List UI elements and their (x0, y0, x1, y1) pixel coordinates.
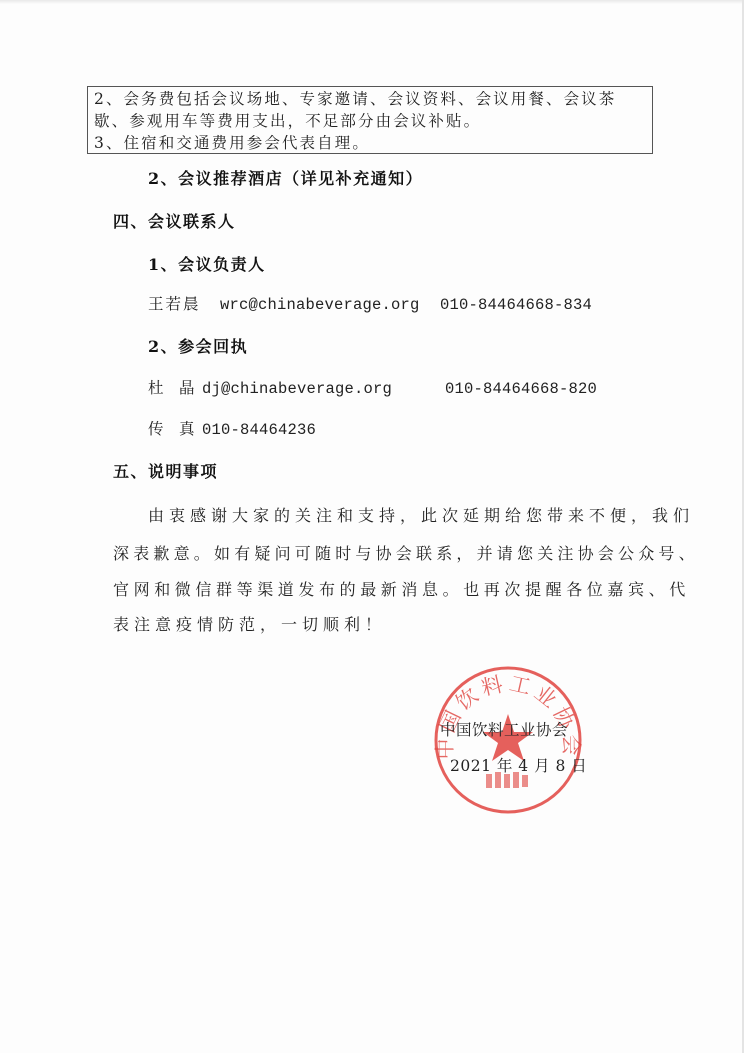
fee-notes-box: 2、会务费包括会议场地、专家邀请、会议资料、会议用餐、会议茶 歇、参观用车等费用… (87, 86, 653, 154)
official-seal-stamp: 中国饮料工业协会 (432, 664, 584, 816)
contact-phone: 010-84464668-820 (445, 380, 597, 398)
fax-label: 传 真 (148, 417, 202, 439)
fax-number: 010-84464236 (202, 421, 316, 439)
registration-reply-heading: 2、参会回执 (148, 334, 248, 357)
document-page: 2、会务费包括会议场地、专家邀请、会议资料、会议用餐、会议茶 歇、参观用车等费用… (0, 0, 744, 1053)
contact-email[interactable]: wrc@chinabeverage.org (220, 296, 440, 314)
fax-contact: 传 真 010-84464236 (148, 417, 316, 439)
notes-paragraph-line: 由衷感谢大家的关注和支持，此次延期给您带来不便，我们 (148, 503, 694, 526)
issue-date: 2021 年 4 月 8 日 (450, 754, 587, 776)
issuing-organization: 中国饮料工业协会 (440, 718, 568, 740)
notes-paragraph-line: 表注意疫情防范，一切顺利！ (113, 612, 386, 635)
meeting-lead-contact: 王若晨 wrc@chinabeverage.org 010-84464668-8… (148, 292, 592, 314)
section-contacts-title: 四、会议联系人 (113, 209, 236, 232)
scan-top-edge (0, 0, 744, 4)
contact-email[interactable]: dj@chinabeverage.org (202, 380, 445, 398)
hotel-recommendation-heading: 2、会议推荐酒店（详见补充通知） (148, 166, 423, 189)
meeting-lead-heading: 1、会议负责人 (148, 252, 266, 275)
contact-name: 杜 晶 (148, 376, 202, 398)
section-notes-title: 五、说明事项 (113, 459, 218, 482)
contact-name: 王若晨 (148, 292, 220, 314)
fee-note-line: 2、会务费包括会议场地、专家邀请、会议资料、会议用餐、会议茶 (94, 88, 646, 110)
fee-note-line: 3、住宿和交通费用参会代表自理。 (94, 132, 646, 154)
fee-note-line: 歇、参观用车等费用支出，不足部分由会议补贴。 (94, 110, 646, 132)
registration-contact: 杜 晶 dj@chinabeverage.org 010-84464668-82… (148, 376, 597, 398)
contact-phone: 010-84464668-834 (440, 296, 592, 314)
notes-paragraph-line: 深表歉意。如有疑问可随时与协会联系，并请您关注协会公众号、 (113, 541, 699, 564)
notes-paragraph-line: 官网和微信群等渠道发布的最新消息。也再次提醒各位嘉宾、代 (113, 577, 690, 600)
